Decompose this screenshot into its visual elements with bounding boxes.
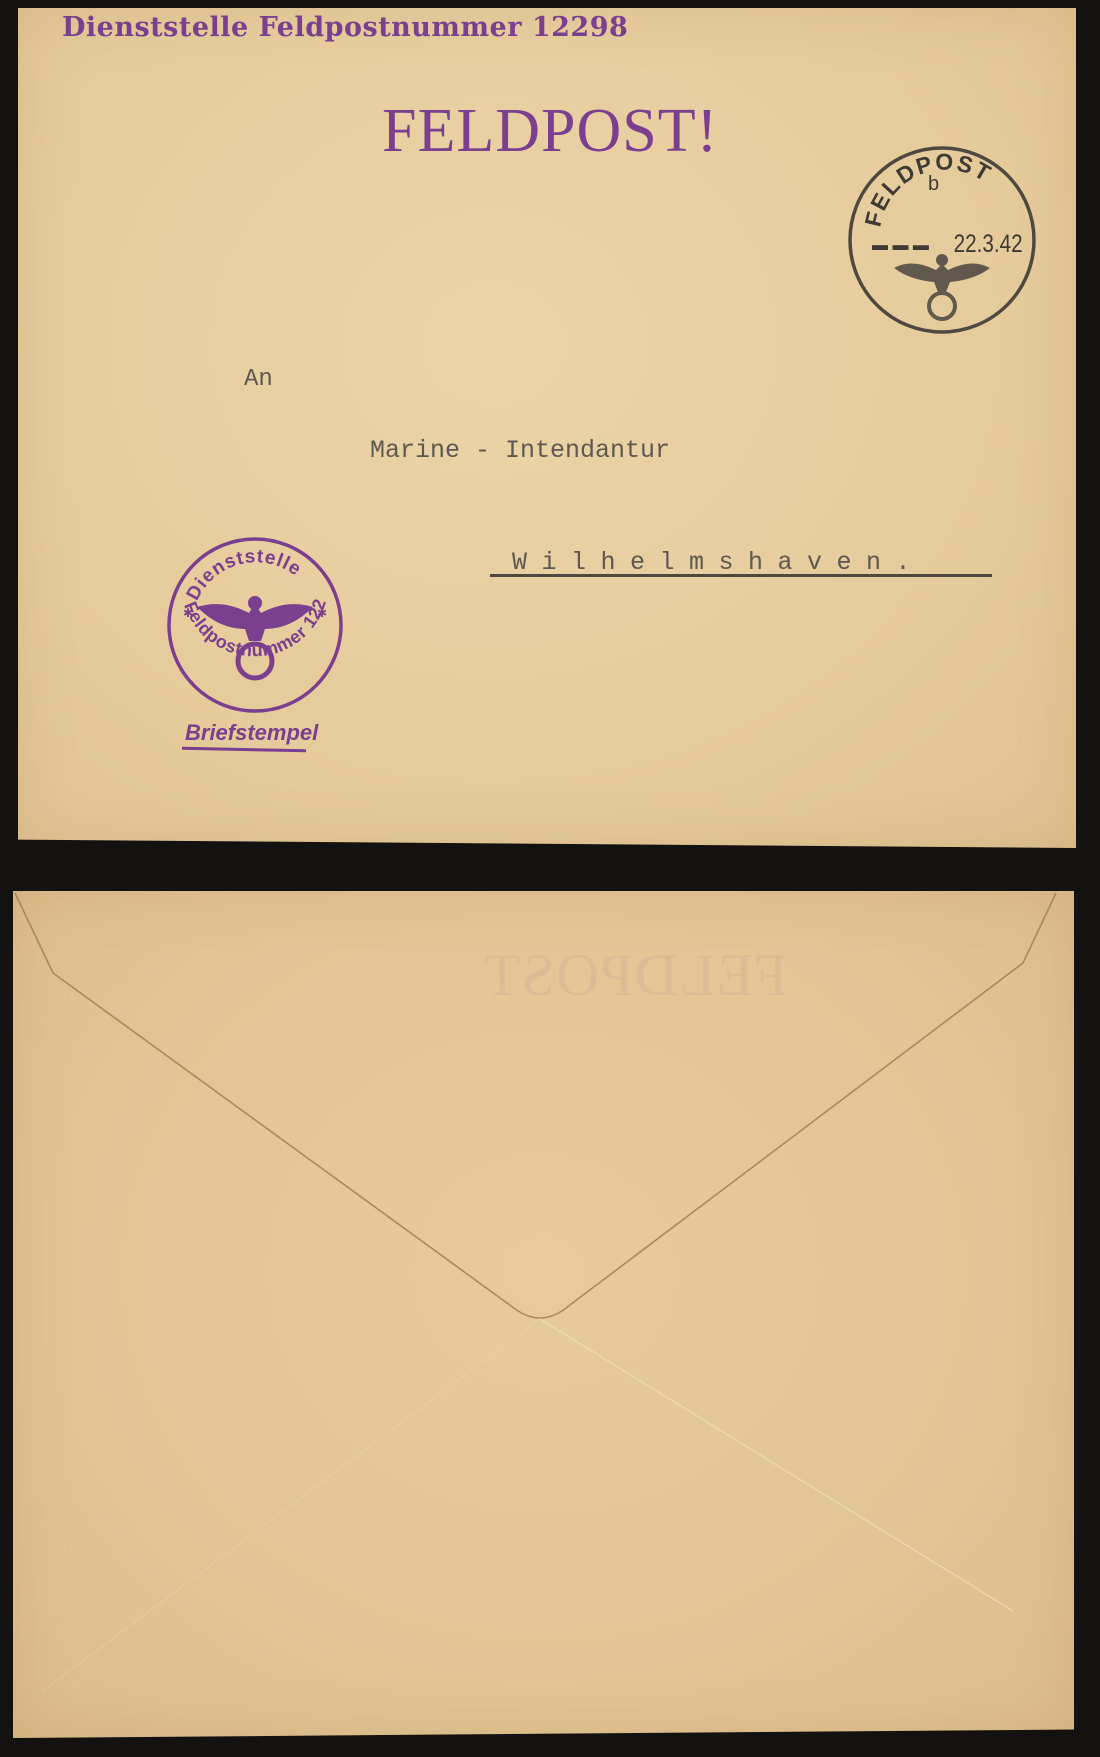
- postmark-letter: b: [928, 173, 939, 195]
- seal-icon: Dienststelle Feldpostnummer 12298 ✱ ✱: [163, 533, 347, 717]
- svg-text:✱: ✱: [183, 606, 193, 620]
- svg-text:Dienststelle: Dienststelle: [183, 546, 306, 604]
- header-stamp: Dienststelle Feldpostnummer 12298: [62, 12, 628, 43]
- feldpost-title: FELDPOST!: [382, 96, 718, 167]
- postmark: FELDPOST b ▬ ▬ ▬ 22.3.42: [842, 140, 1042, 340]
- postmark-icon: FELDPOST b ▬ ▬ ▬ 22.3.42: [842, 140, 1042, 340]
- envelope-front: Dienststelle Feldpostnummer 12298 FELDPO…: [18, 8, 1076, 848]
- seal-top-text: Dienststelle: [183, 546, 306, 604]
- seal-caption: Briefstempel: [185, 720, 318, 746]
- address-underline: [490, 574, 992, 577]
- postmark-date: 22.3.42: [954, 229, 1023, 257]
- service-seal: Dienststelle Feldpostnummer 12298 ✱ ✱: [163, 533, 347, 717]
- address-city: Wilhelmshaven.: [512, 548, 925, 577]
- seal-caption-underline: [182, 747, 306, 753]
- postmark-dashes: ▬ ▬ ▬: [872, 237, 929, 254]
- svg-text:✱: ✱: [317, 606, 327, 620]
- eagle-emblem-icon: [894, 254, 990, 319]
- envelope-back: FELDPOST: [13, 891, 1074, 1738]
- address-salutation: An: [244, 366, 273, 393]
- address-recipient: Marine - Intendantur: [370, 436, 670, 465]
- envelope-flap-lines: [13, 891, 1074, 1738]
